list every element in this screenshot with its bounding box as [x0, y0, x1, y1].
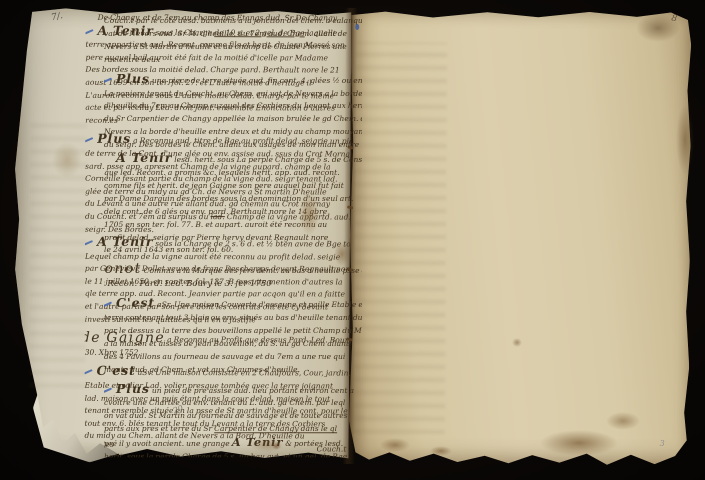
blue-pencil-mark [104, 77, 112, 82]
manuscript-spread: De Changy, et de 7em au champ des Etangs… [23, 4, 694, 468]
marginal-annotation: †messire des bordes [104, 439, 114, 452]
blue-pencil-mark [104, 302, 112, 307]
manuscript-line: A Tenir lesd. herit. sous La perple Char… [104, 152, 362, 167]
large-script-phrase: A Tenir [232, 435, 283, 449]
manuscript-line: Plus une piece de terre située aud. fin … [104, 73, 362, 88]
manuscript-line: cvoitre une Chartée ou env. tenant du L.… [104, 398, 362, 411]
underlined-phrase: Carpentier de Changy dans le ql [214, 425, 337, 434]
manuscript-line: Nevers a St Martin d'heuille et au champ… [104, 41, 362, 54]
entry-lead-word: A Tenir [116, 150, 172, 165]
manuscript-line: comme fils et herit. de jean Gaigne son … [104, 180, 362, 193]
entry-lead-word: Franc. Donot [104, 262, 142, 278]
corner-faint-number: 3 [660, 439, 665, 448]
entry-lead-word: Plus [116, 71, 150, 86]
page-right-text: Couch.t par le côté desd. batimens a la … [104, 15, 362, 457]
manuscript-line: du Sr Carpentier de Changy appellée la m… [104, 114, 362, 127]
manuscript-line: on vat dud. St Martin au fourneau de sau… [104, 411, 362, 424]
manuscript-line: par le dessus a la terre des bouveillons… [104, 325, 362, 338]
manuscript-line: La poniere tenant du Coucht. au Chem. qu… [104, 88, 362, 101]
blue-pencil-mark [84, 137, 93, 142]
manuscript-line: vat de Nevers aud. Sr M. d'heuille, du 7… [104, 28, 362, 41]
manuscript-line: des 4 Pavillons au fourneau de sauvage e… [104, 351, 362, 364]
manuscript-line: Franc. Donot Commis a la Marque des fers… [104, 264, 362, 279]
manuscript-line: profit delad. seigrie par Pierre hervy d… [104, 232, 362, 245]
manuscript-line: Sr M. d'heuille a Recon. Pard. Led. Bour… [104, 278, 362, 291]
manuscript-line: pré il y avoit ancient. une grange A Ten… [104, 436, 362, 451]
ink-bleedthrough-right [353, 42, 447, 435]
manuscript-line: que led. Recont. a promis &c. lesquels h… [104, 167, 362, 180]
blue-pencil-mark [84, 240, 93, 245]
manuscript-line: a la maison et aisses de jean Bouveillon… [104, 338, 362, 351]
manuscript-line: herit. sous la perple Charge de 5 s. un … [104, 451, 362, 457]
manuscript-line: 1705 en son ter. fol. 77. B. et aupart. … [104, 219, 362, 232]
manuscript-line: terre contenant tout 3 blais ou env. sit… [104, 312, 362, 325]
manuscript-line: Couch.t par le côté desd. batimens a la … [104, 15, 362, 28]
blue-pencil-mark [85, 29, 94, 34]
manuscript-scan: De Changy, et de 7em au champ des Etangs… [0, 0, 705, 480]
manuscript-line: par Dame Darquin des bordes sous la deno… [104, 193, 362, 206]
manuscript-line: rue entre deux [104, 54, 362, 67]
manuscript-line: C'est aSr. Une maison Couverte d'essaune… [104, 297, 362, 312]
manuscript-line: le 24 avril 1643 en son ter. fol. 60. [104, 245, 362, 258]
blue-pencil-mark [104, 387, 112, 392]
underlined-phrase: de 5 s. un bau avt. et un gel. de Bge [212, 452, 347, 457]
ink-bleedthrough-left [29, 122, 87, 388]
blue-pencil-mark [84, 370, 92, 375]
entry-lead-word: C'est [116, 295, 155, 310]
manuscript-line: monte dud. gd Chem. et vat aux Chaumes d… [104, 364, 362, 377]
manuscript-line: Nevers a la borde d'heuille entre deux e… [104, 126, 362, 139]
manuscript-line: dela cont. de 6 glés ou env. pard. Berth… [104, 206, 362, 219]
manuscript-line: d'heuille du 7em au Champ suzquel des Co… [104, 101, 362, 114]
entry-lead-word: Plus [116, 381, 150, 396]
manuscript-line: Plus un pied de pré assise aud. lieu por… [104, 383, 362, 398]
blue-pencil-dot [355, 24, 359, 30]
